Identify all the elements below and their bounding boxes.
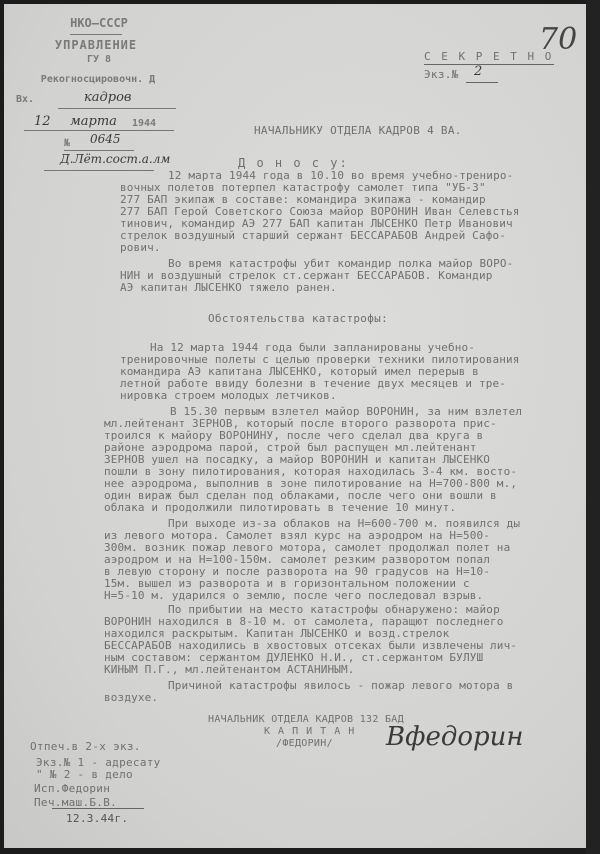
copy-2-destination: " № 2 - в дело (36, 768, 133, 781)
text-line: рович. (120, 242, 161, 254)
stamp-number-value: 0645 (90, 132, 121, 146)
document-page: НКО—СССР УПРАВЛЕНИЕ ГУ 8 Рекогносцировоч… (4, 4, 586, 848)
text-line: воздухе. (104, 692, 158, 704)
scan-border (586, 0, 600, 854)
text-line: АЭ капитан ЛЫСЕНКО тяжело ранен. (120, 282, 337, 294)
stamp-number-prefix: № (64, 138, 70, 149)
text-line: КИНЫМ П.Г., мл.лейтенантом АСТАНИНЫМ. (104, 664, 355, 676)
signatory-name: /ФЕДОРИН/ (276, 738, 333, 749)
copies-note: Отпеч.в 2-х экз. (30, 740, 141, 753)
stamp-field-vkh: Вх. (16, 94, 34, 105)
handwritten-folio-number: 70 (539, 22, 577, 57)
stamp-date-day: 12 (34, 114, 51, 129)
stamp-date-year: 1944 (132, 118, 156, 129)
signatory-rank: К А П И Т А Н (264, 726, 355, 737)
copy-number: 2 (474, 64, 482, 79)
stamp-org-line4: Рекогносцировочн. Д (18, 74, 178, 85)
stamp-dept-value: Д.Лёт.сост.а.лм (60, 152, 170, 166)
scanned-document: НКО—СССР УПРАВЛЕНИЕ ГУ 8 Рекогносцировоч… (0, 0, 600, 854)
executor: Исп.Федорин (34, 782, 110, 795)
text-line: Причиной катастрофы явилось - пожар лево… (168, 680, 513, 692)
secret-label: С Е К Р Е Т Н О (424, 50, 553, 63)
handwritten-signature: Вфедорин (386, 722, 524, 752)
copy-label: Экз.№ (424, 68, 459, 81)
text-line: стрелок воздушный старший сержант БЕССАР… (120, 230, 506, 242)
document-date: 12.3.44г. (66, 812, 128, 825)
stamp-org-line3: ГУ 8 (54, 54, 144, 65)
section-title: Обстоятельства катастрофы: (208, 312, 388, 325)
stamp-org-line1: НКО—СССР (54, 16, 144, 30)
stamp-date-month: марта (70, 114, 117, 129)
stamp-org-line2: УПРАВЛЕНИЕ (26, 38, 166, 52)
document-title: Д о н о с у: (238, 156, 349, 170)
addressee: НАЧАЛЬНИКУ ОТДЕЛА КАДРОВ 4 ВА. (254, 124, 462, 137)
text-line: Н=5-10 м. ударился о землю, после чего п… (104, 590, 483, 602)
stamp-vkh-value: кадров (84, 90, 131, 105)
text-line: нировка строем молодых летчиков. (120, 390, 337, 402)
signatory-title: НАЧАЛЬНИК ОТДЕЛА КАДРОВ 132 БАД (208, 714, 404, 725)
text-line: облака и продолжили пилотировать в течен… (104, 502, 456, 514)
